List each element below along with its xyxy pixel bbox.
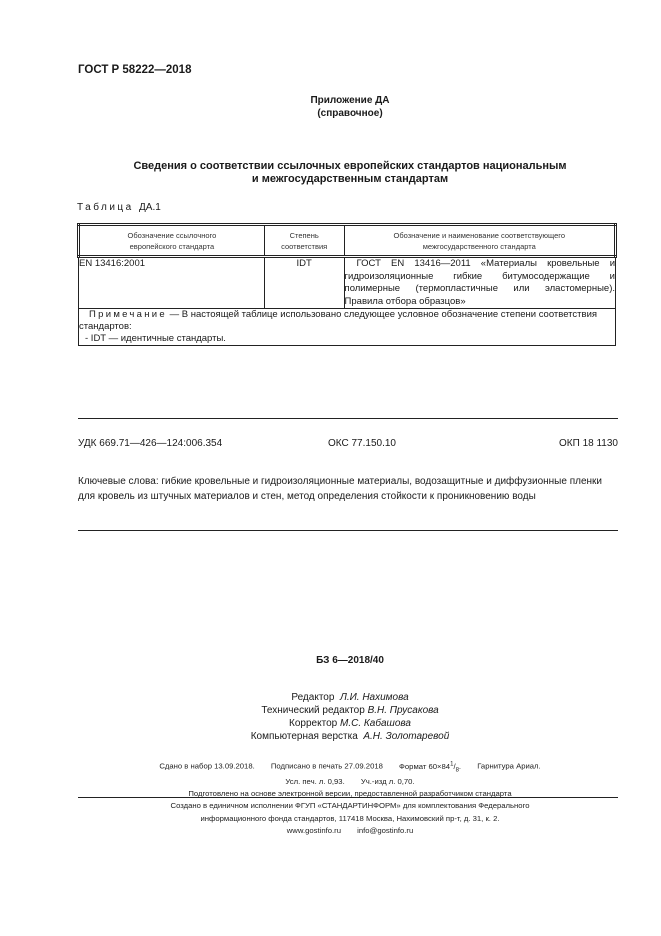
bz-number: БЗ 6—2018/40 — [0, 655, 661, 666]
document-code: ГОСТ Р 58222—2018 — [78, 64, 191, 76]
credit-proofreader: Корректор М.С. Кабашова — [0, 717, 661, 730]
cell-national-standard: ГОСТ EN 13416—2011 «Материалы кровельные… — [344, 257, 615, 309]
divider-top — [78, 418, 618, 419]
okp-code: ОКП 18 1130 — [559, 438, 618, 449]
classification-codes: УДК 669.71—426—124:006.354 ОКС 77.150.10… — [78, 438, 618, 449]
credit-tech-editor: Технический редактор В.Н. Прусакова — [0, 704, 661, 717]
credit-layout: Компьютерная верстка А.Н. Золотаревой — [0, 730, 661, 743]
credit-editor: Редактор Л.И. Нахимова — [0, 691, 661, 704]
publisher-contacts: www.gostinfo.ru info@gostinfo.ru — [0, 825, 661, 838]
imprint-line-2: Усл. печ. л. 0,93. Уч.-изд л. 0,70. — [0, 776, 661, 788]
imprint-pub-sheets: Уч.-изд л. 0,70. — [361, 777, 415, 786]
credit-name: А.Н. Золотаревой — [363, 731, 449, 742]
imprint-typeface: Гарнитура Ариал. — [477, 762, 540, 771]
appendix-subtitle: (справочное) — [0, 107, 661, 120]
format-sup: 1 — [450, 761, 453, 767]
publisher-email[interactable]: info@gostinfo.ru — [357, 826, 413, 835]
section-title-line-2: и межгосударственным стандартам — [70, 173, 630, 186]
table-header-row: Обозначение ссылочного европейского стан… — [79, 225, 616, 257]
table-note: Примечание — В настоящей таблице использ… — [79, 309, 616, 346]
correspondence-table: Обозначение ссылочного европейского стан… — [77, 223, 617, 346]
divider-bottom — [78, 530, 618, 531]
note-label: Примечание — [89, 309, 167, 320]
header-line: Обозначение и наименование соответствующ… — [345, 230, 614, 241]
cell-european-standard: EN 13416:2001 — [79, 257, 265, 309]
table-caption: Таблица ДА.1 — [77, 202, 161, 213]
imprint-line-1: Сдано в набор 13.09.2018. Подписано в пе… — [0, 758, 661, 776]
header-line: европейского стандарта — [80, 241, 264, 252]
divider-imprint — [78, 797, 618, 798]
credit-name: Л.И. Нахимова — [340, 692, 409, 703]
header-line: Степень — [265, 230, 344, 241]
credit-role: Редактор — [291, 692, 334, 703]
imprint-format: Формат 60×841/8. — [399, 762, 461, 771]
imprint: Сдано в набор 13.09.2018. Подписано в пе… — [0, 758, 661, 800]
keywords: Ключевые слова: гибкие кровельные и гидр… — [78, 474, 618, 504]
imprint-prepared: Подготовлено на основе электронной верси… — [0, 788, 661, 800]
credit-name: М.С. Кабашова — [340, 718, 411, 729]
header-european-standard: Обозначение ссылочного европейского стан… — [79, 225, 265, 257]
publisher-website[interactable]: www.gostinfo.ru — [287, 826, 341, 835]
table-note-row: Примечание — В настоящей таблице использ… — [79, 309, 616, 346]
format-suffix: . — [459, 762, 461, 771]
appendix-heading: Приложение ДА (справочное) — [0, 94, 661, 120]
imprint-signed: Подписано в печать 27.09.2018 — [271, 762, 383, 771]
publisher-line-1: Создано в единичном исполнении ФГУП «СТА… — [0, 800, 661, 813]
imprint-print-sheets: Усл. печ. л. 0,93. — [285, 777, 344, 786]
header-degree: Степень соответствия — [264, 225, 344, 257]
oks-code: ОКС 77.150.10 — [328, 438, 396, 449]
cell-degree: IDT — [264, 257, 344, 309]
note-item: - IDT — идентичные стандарты. — [85, 333, 615, 345]
table-row: EN 13416:2001 IDT ГОСТ EN 13416—2011 «Ма… — [79, 257, 616, 309]
credit-role: Компьютерная верстка — [251, 731, 358, 742]
format-prefix: Формат 60×84 — [399, 762, 450, 771]
header-line: межгосударственного стандарта — [345, 241, 614, 252]
header-line: соответствия — [265, 241, 344, 252]
header-line: Обозначение ссылочного — [80, 230, 264, 241]
udk-code: УДК 669.71—426—124:006.354 — [78, 438, 222, 449]
imprint-submitted: Сдано в набор 13.09.2018. — [159, 762, 254, 771]
publisher-line-2: информационного фонда стандартов, 117418… — [0, 813, 661, 826]
credit-role: Технический редактор — [261, 705, 364, 716]
publisher-info: Создано в единичном исполнении ФГУП «СТА… — [0, 800, 661, 838]
section-title-line-1: Сведения о соответствии ссылочных европе… — [70, 160, 630, 173]
table-caption-label: Таблица — [77, 202, 134, 213]
table-caption-number: ДА.1 — [139, 202, 161, 213]
credits: Редактор Л.И. Нахимова Технический редак… — [0, 691, 661, 743]
credit-name: В.Н. Прусакова — [368, 705, 439, 716]
header-national-standard: Обозначение и наименование соответствующ… — [344, 225, 615, 257]
appendix-title: Приложение ДА — [0, 94, 661, 107]
credit-role: Корректор — [289, 718, 337, 729]
section-title: Сведения о соответствии ссылочных европе… — [70, 160, 630, 186]
